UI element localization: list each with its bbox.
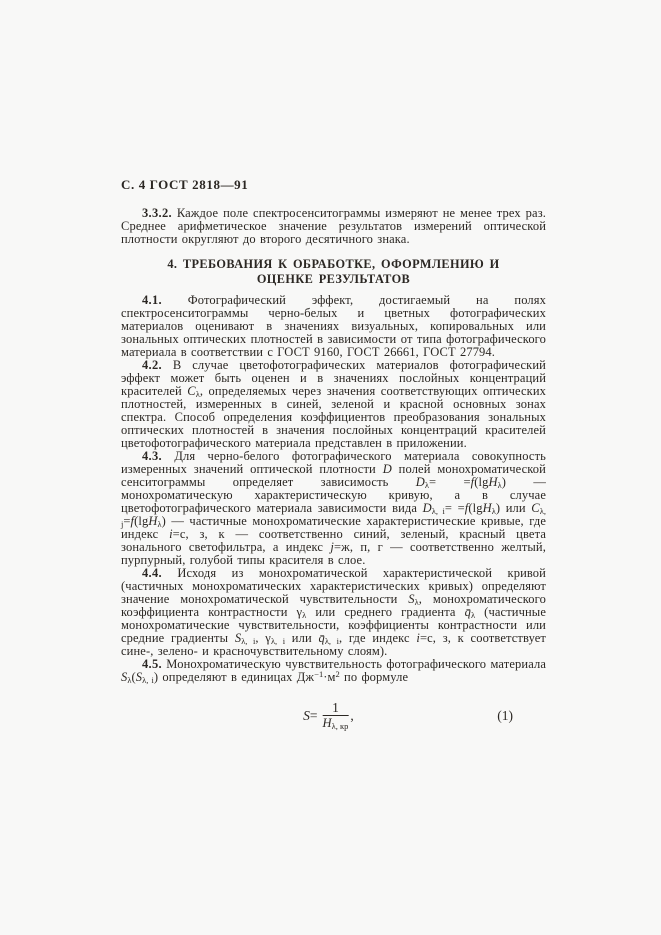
- formula-sensitivity: S= 1 Hλ, кр ,: [303, 701, 354, 730]
- paragraph-4-3: 4.3. Для черно-белого фотографического м…: [121, 450, 546, 567]
- paragraph-4-1: 4.1. Фотографический эффект, достигаемый…: [121, 294, 546, 359]
- section-heading: 4. ТРЕБОВАНИЯ К ОБРАБОТКЕ, ОФОРМЛЕНИЮ И …: [139, 257, 528, 286]
- running-header: С. 4 ГОСТ 2818—91: [121, 177, 546, 193]
- paragraph-3-3-2: 3.3.2. Каждое поле спектросенситограммы …: [121, 207, 546, 246]
- formula-fraction: 1 Hλ, кр: [323, 701, 349, 730]
- paragraph-4-5: 4.5. Монохроматическую чувствительность …: [121, 658, 546, 684]
- formula-row: S= 1 Hλ, кр , (1): [121, 699, 546, 739]
- formula-trailing-comma: ,: [350, 708, 353, 724]
- text-column: С. 4 ГОСТ 2818—91 3.3.2. Каждое поле спе…: [121, 177, 546, 739]
- equation-number: (1): [497, 708, 513, 724]
- formula-denominator: Hλ, кр: [323, 716, 349, 730]
- formula-numerator: 1: [323, 701, 349, 716]
- paragraph-4-4: 4.4. Исходя из монохроматической характе…: [121, 567, 546, 658]
- formula-lhs: S=: [303, 708, 317, 724]
- paragraph-4-2: 4.2. В случае цветофотографических матер…: [121, 359, 546, 450]
- scanned-document-page: С. 4 ГОСТ 2818—91 3.3.2. Каждое поле спе…: [0, 0, 661, 935]
